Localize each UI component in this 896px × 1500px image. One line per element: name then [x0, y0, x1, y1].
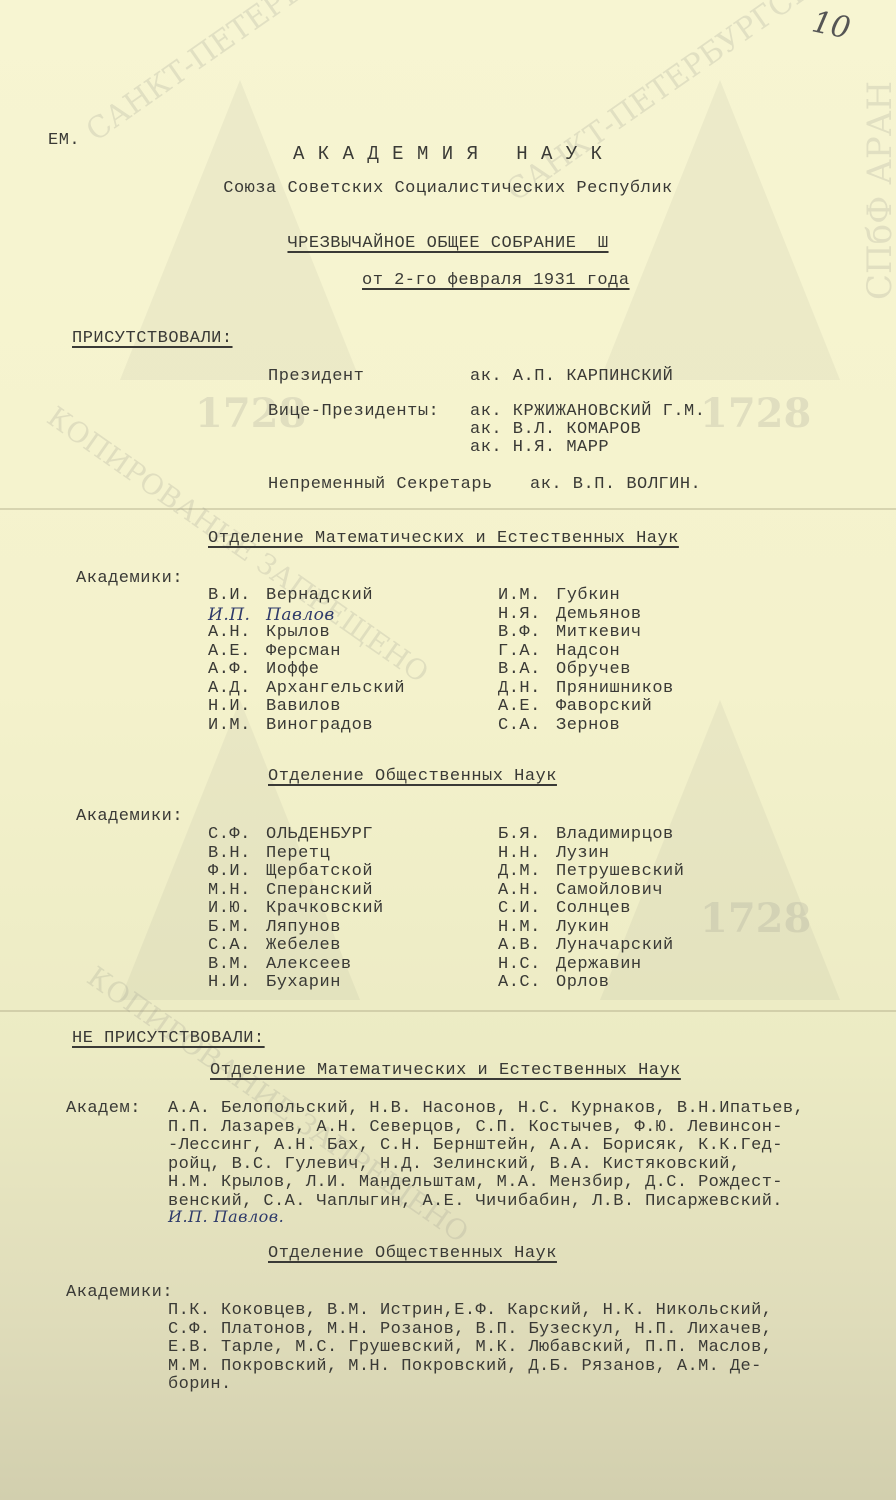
initials: С.Ф.: [208, 826, 266, 845]
surname: ОЛЬДЕНБУРГ: [266, 826, 373, 845]
present-heading: ПРИСУТСТВОВАЛИ:: [72, 329, 233, 348]
secretary-label: Непременный Секретарь: [268, 476, 493, 494]
initials: С.И.: [498, 900, 556, 919]
surname: Владимирцов: [556, 826, 674, 845]
initials: В.М.: [208, 956, 266, 975]
academician-entry: Н.Н.Лузин: [498, 845, 684, 864]
academician-entry: И.М.Губкин: [498, 587, 674, 606]
initials: Ф.И.: [208, 863, 266, 882]
text-line: П.П. Лазарев, А.Н. Северцов, С.П. Костыч…: [168, 1119, 804, 1138]
academician-entry: А.Е.Фаворский: [498, 698, 674, 717]
surname: Луначарский: [556, 937, 674, 956]
institution-subtitle: Союза Советских Социалистических Республ…: [0, 180, 896, 198]
initials: А.Н.: [498, 882, 556, 901]
present-social-list-right: Б.Я.ВладимирцовН.Н.ЛузинД.М.Петрушевский…: [498, 826, 684, 993]
academician-entry: Н.С.Державин: [498, 956, 684, 975]
vice-president-name: ак. КРЖИЖАНОВСКИЙ Г.М.: [470, 403, 705, 421]
academician-entry: С.Ф.ОЛЬДЕНБУРГ: [208, 826, 384, 845]
academician-entry: Б.Я.Владимирцов: [498, 826, 684, 845]
surname: Лукин: [556, 919, 610, 938]
surname: Сперанский: [266, 882, 373, 901]
present-social-section-title: Отделение Общественных Наук: [268, 767, 557, 786]
academician-entry: Ф.И.Щербатской: [208, 863, 384, 882]
vice-president-name: ак. Н.Я. МАРР: [470, 439, 609, 457]
initials: В.Ф.: [498, 624, 556, 643]
academician-entry: Н.Я.Демьянов: [498, 606, 674, 625]
initials: Б.Я.: [498, 826, 556, 845]
academician-entry: В.И.Вернадский: [208, 587, 405, 606]
absent-math-list: А.А. Белопольский, Н.В. Насонов, Н.С. Ку…: [168, 1100, 804, 1211]
absent-social-list: П.К. Коковцев, В.М. Истрин,Е.Ф. Карский,…: [168, 1302, 772, 1395]
initials: С.А.: [498, 717, 556, 736]
paper-fold-line: [0, 1010, 896, 1012]
surname: Самойлович: [556, 882, 663, 901]
present-math-section-title: Отделение Математических и Естественных …: [208, 529, 679, 548]
academician-entry: Н.И.Вавилов: [208, 698, 405, 717]
surname: Вавилов: [266, 698, 341, 717]
surname: Иоффе: [266, 661, 320, 680]
handwritten-page-number: 10: [809, 4, 854, 46]
surname: Прянишников: [556, 680, 674, 699]
vice-presidents-label: Вице-Президенты:: [268, 403, 439, 421]
initials: И.П.: [208, 606, 266, 625]
watermark-year: 1728: [700, 390, 811, 437]
handwritten-note-pavlov: И.П. Павлов.: [168, 1208, 284, 1226]
academician-entry: В.М.Алексеев: [208, 956, 384, 975]
text-line: А.А. Белопольский, Н.В. Насонов, Н.С. Ку…: [168, 1100, 804, 1119]
present-math-label: Академики:: [76, 570, 183, 588]
academician-entry: А.Н.Самойлович: [498, 882, 684, 901]
meeting-date-wrap: от 2-го февраля 1931 года: [362, 272, 630, 290]
watermark-emblem: [600, 80, 840, 380]
surname: Ляпунов: [266, 919, 341, 938]
initials: А.Д.: [208, 680, 266, 699]
initials: Н.Я.: [498, 606, 556, 625]
surname: Вернадский: [266, 587, 373, 606]
academician-entry: В.Ф.Миткевич: [498, 624, 674, 643]
present-social-list-left: С.Ф.ОЛЬДЕНБУРГВ.Н.ПеретцФ.И.ЩербатскойМ.…: [208, 826, 384, 993]
initials: А.С.: [498, 974, 556, 993]
surname: Ферсман: [266, 643, 341, 662]
academician-entry: Г.А.Надсон: [498, 643, 674, 662]
academician-entry: А.Е.Ферсман: [208, 643, 405, 662]
academician-entry: Д.М.Петрушевский: [498, 863, 684, 882]
academician-entry: М.Н.Сперанский: [208, 882, 384, 901]
absent-heading: НЕ ПРИСУТСТВОВАЛИ:: [72, 1029, 265, 1048]
surname: Фаворский: [556, 698, 652, 717]
academician-entry: С.А.Зернов: [498, 717, 674, 736]
surname: Обручев: [556, 661, 631, 680]
academician-entry-handwritten: И.П.Павлов: [208, 606, 405, 625]
absent-social-section-title: Отделение Общественных Наук: [268, 1244, 557, 1263]
text-line: М.М. Покровский, М.Н. Покровский, Д.Б. Р…: [168, 1358, 772, 1377]
surname: Виноградов: [266, 717, 373, 736]
absent-math-section-title: Отделение Математических и Естественных …: [210, 1061, 681, 1080]
text-line: Н.М. Крылов, Л.И. Мандельштам, М.А. Менз…: [168, 1174, 804, 1193]
academician-entry: Н.М.Лукин: [498, 919, 684, 938]
academician-entry: Н.И.Бухарин: [208, 974, 384, 993]
institution-title: А К А Д Е М И Я Н А У К: [0, 145, 896, 163]
surname: Надсон: [556, 643, 620, 662]
academician-entry: И.М.Виноградов: [208, 717, 405, 736]
surname: Жебелев: [266, 937, 341, 956]
academician-entry: С.А.Жебелев: [208, 937, 384, 956]
initials: А.В.: [498, 937, 556, 956]
surname: Лузин: [556, 845, 610, 864]
text-line: -Лессинг, А.Н. Бах, С.Н. Бернштейн, А.А.…: [168, 1137, 804, 1156]
vice-president-name: ак. В.Л. КОМАРОВ: [470, 421, 641, 439]
absent-social-label: Академики:: [66, 1284, 173, 1302]
surname: Бухарин: [266, 974, 341, 993]
surname: Миткевич: [556, 624, 642, 643]
initials: Н.И.: [208, 698, 266, 717]
academician-entry: А.Д.Архангельский: [208, 680, 405, 699]
secretary-name: ак. В.П. ВОЛГИН.: [530, 476, 701, 494]
surname: Архангельский: [266, 680, 405, 699]
surname: Зернов: [556, 717, 620, 736]
surname: Солнцев: [556, 900, 631, 919]
absent-math-label: Академ:: [66, 1100, 141, 1118]
president-name: ак. А.П. КАРПИНСКИЙ: [470, 368, 673, 386]
initials: Д.М.: [498, 863, 556, 882]
surname: Перетц: [266, 845, 330, 864]
academician-entry: А.Ф.Иоффе: [208, 661, 405, 680]
surname: Щербатской: [266, 863, 373, 882]
initials: А.Е.: [208, 643, 266, 662]
initials: И.М.: [208, 717, 266, 736]
surname: Павлов: [266, 606, 335, 625]
text-line: Е.В. Тарле, М.С. Грушевский, М.К. Любавс…: [168, 1339, 772, 1358]
academician-entry: А.Н.Крылов: [208, 624, 405, 643]
academician-entry: В.А.Обручев: [498, 661, 674, 680]
initials: Д.Н.: [498, 680, 556, 699]
text-line: ройц, В.С. Гулевич, Н.Д. Зелинский, В.А.…: [168, 1156, 804, 1175]
initials: С.А.: [208, 937, 266, 956]
initials: В.Н.: [208, 845, 266, 864]
present-math-list-left: В.И.ВернадскийИ.П.ПавловА.Н.КрыловА.Е.Фе…: [208, 587, 405, 735]
text-line: С.Ф. Платонов, М.Н. Розанов, В.П. Бузеск…: [168, 1321, 772, 1340]
present-social-label: Академики:: [76, 808, 183, 826]
surname: Крылов: [266, 624, 330, 643]
surname: Орлов: [556, 974, 610, 993]
academician-entry: Б.М.Ляпунов: [208, 919, 384, 938]
initials: А.Н.: [208, 624, 266, 643]
initials: И.Ю.: [208, 900, 266, 919]
initials: И.М.: [498, 587, 556, 606]
initials: В.И.: [208, 587, 266, 606]
paper-fold-line: [0, 508, 896, 510]
initials: А.Е.: [498, 698, 556, 717]
initials: Н.И.: [208, 974, 266, 993]
initials: В.А.: [498, 661, 556, 680]
meeting-date: от 2-го февраля 1931 года: [362, 271, 630, 290]
present-math-list-right: И.М.ГубкинН.Я.ДемьяновВ.Ф.МиткевичГ.А.На…: [498, 587, 674, 735]
academician-entry: А.С.Орлов: [498, 974, 684, 993]
surname: Демьянов: [556, 606, 642, 625]
academician-entry: Д.Н.Прянишников: [498, 680, 674, 699]
surname: Губкин: [556, 587, 620, 606]
surname: Алексеев: [266, 956, 352, 975]
initials: Н.С.: [498, 956, 556, 975]
initials: Г.А.: [498, 643, 556, 662]
surname: Крачковский: [266, 900, 384, 919]
initials: Н.Н.: [498, 845, 556, 864]
meeting-title: ЧРЕЗВЫЧАЙНОЕ ОБЩЕЕ СОБРАНИЕ Ш: [287, 234, 608, 253]
academician-entry: С.И.Солнцев: [498, 900, 684, 919]
initials: А.Ф.: [208, 661, 266, 680]
initials: Б.М.: [208, 919, 266, 938]
surname: Державин: [556, 956, 642, 975]
archival-document-page: 1728 1728 1728 САНКТ-ПЕТЕРБУРГСКИЙ ФИЛИА…: [0, 0, 896, 1500]
text-line: П.К. Коковцев, В.М. Истрин,Е.Ф. Карский,…: [168, 1302, 772, 1321]
president-label: Президент: [268, 368, 364, 386]
initials: Н.М.: [498, 919, 556, 938]
meeting-title-wrap: ЧРЕЗВЫЧАЙНОЕ ОБЩЕЕ СОБРАНИЕ Ш: [0, 235, 896, 253]
academician-entry: В.Н.Перетц: [208, 845, 384, 864]
initials: М.Н.: [208, 882, 266, 901]
surname: Петрушевский: [556, 863, 684, 882]
text-line: борин.: [168, 1376, 772, 1395]
academician-entry: И.Ю.Крачковский: [208, 900, 384, 919]
academician-entry: А.В.Луначарский: [498, 937, 684, 956]
